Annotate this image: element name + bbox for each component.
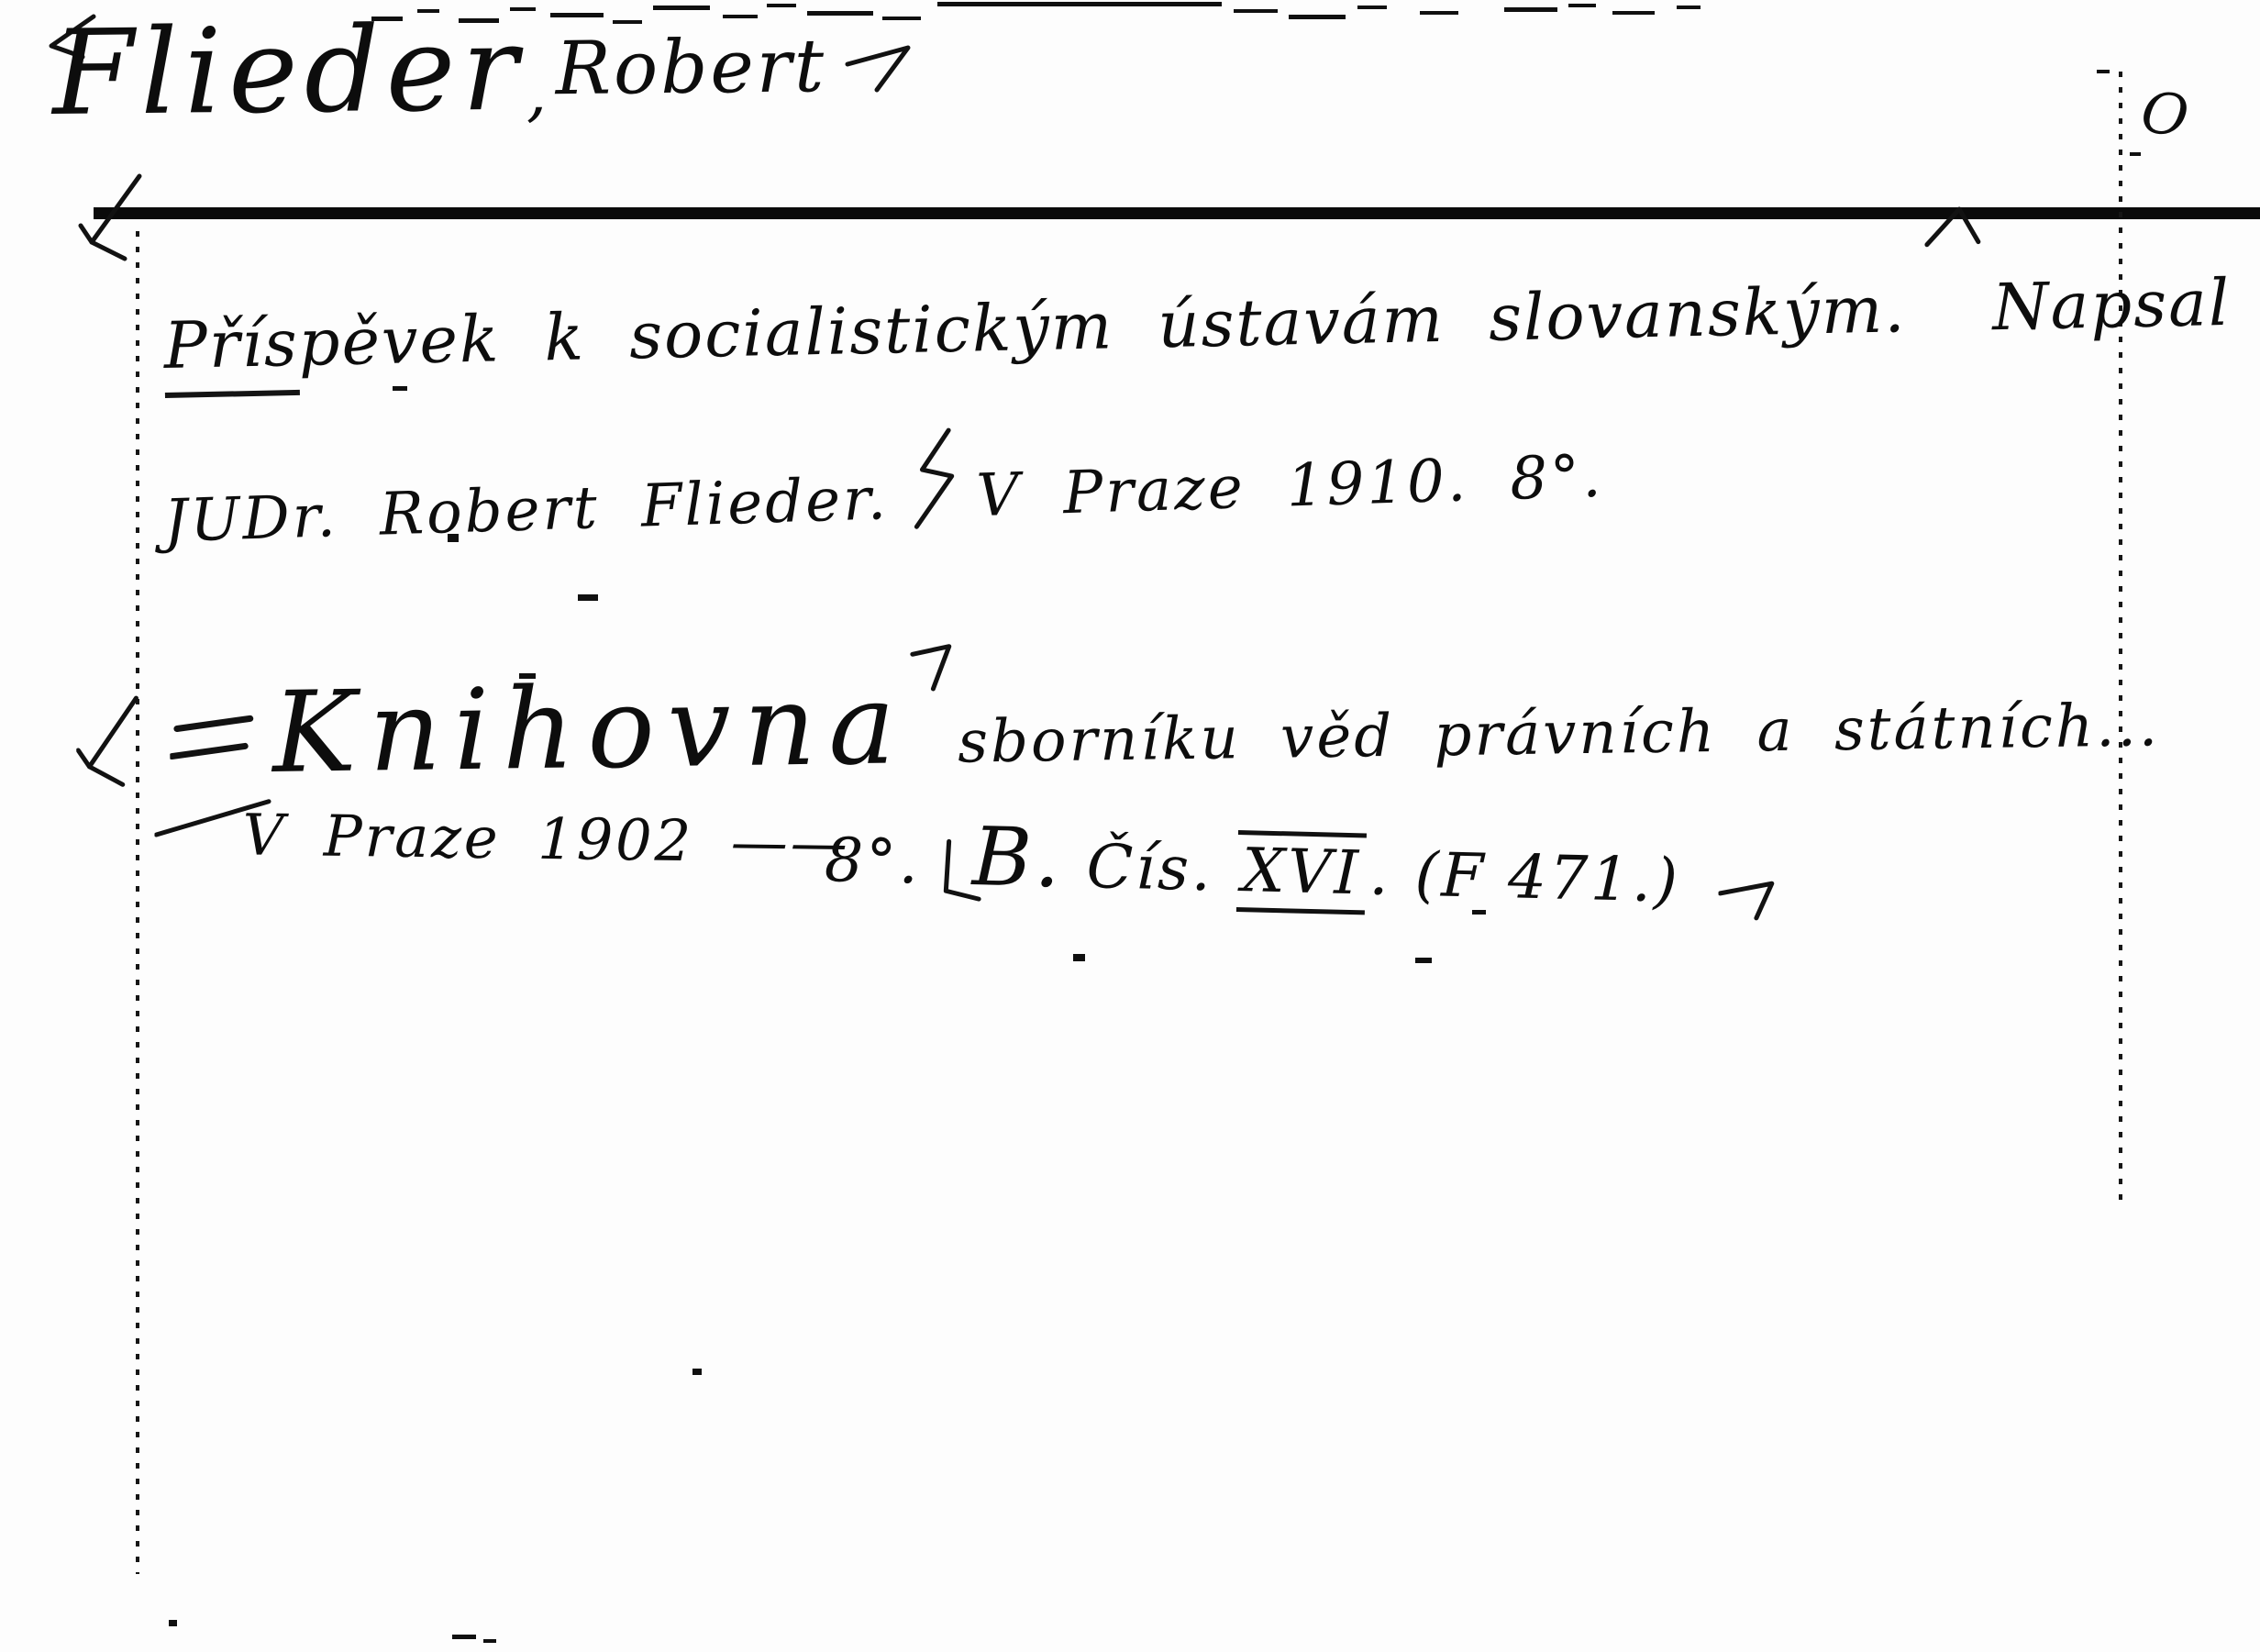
entry2-imprint-left: V Praze 1902 —— xyxy=(154,800,850,877)
entry2-format: 8°. xyxy=(824,825,922,898)
entry1-title-line: Přís pěvek k socialistickým ústavám slov… xyxy=(163,265,2232,398)
entry2-imprint-left-text: V Praze 1902 —— xyxy=(242,801,850,876)
entry1-title-rest: pěvek k socialistickým ústavám slovanský… xyxy=(298,272,1907,381)
entry1-imprint: V Praze 1910. 8°. xyxy=(976,443,1605,530)
heading-surname: Flieder xyxy=(51,1,525,142)
scan-noise-dash xyxy=(1234,9,1278,13)
entry2-reference-line: 8°. B. Čís. XVI . (F 471.) xyxy=(824,805,1780,925)
entry2-margin-arrow-icon xyxy=(75,693,165,800)
corner-o-mark: O xyxy=(2137,78,2193,150)
heading-given-name: Robert xyxy=(555,23,826,111)
entry2-series-line: Knihovna sborníku věd právních a státníc… xyxy=(75,638,2161,801)
ink-speck xyxy=(692,1369,702,1375)
entry2-number-label: Čís. xyxy=(1086,831,1214,904)
ink-speck xyxy=(169,1620,177,1626)
heading: Flieder , Robert xyxy=(51,0,826,142)
trailing-arrow-icon xyxy=(1718,875,1779,928)
entry1-title-underlined: Přís xyxy=(163,305,300,398)
scan-noise-dash xyxy=(937,2,1222,6)
scan-noise-dash xyxy=(1289,15,1346,19)
angle-bracket-icon xyxy=(936,837,986,906)
ink-speck xyxy=(483,1639,496,1643)
scan-noise-dash xyxy=(1568,4,1596,7)
ink-speck xyxy=(1415,958,1432,963)
entry2-series-title-main: Knihovna xyxy=(271,659,909,798)
entry1-author: JUDr. Robert Flieder. xyxy=(163,465,890,556)
entry2-shelfmark: (F 471.) xyxy=(1414,839,1681,916)
ink-speck xyxy=(452,1635,476,1639)
scan-noise-dash xyxy=(1612,11,1655,15)
catalog-card: Flieder , Robert O Přís pěvek k socialis… xyxy=(0,0,2260,1652)
entry1-imprint-line: JUDr. Robert Flieder. V Praze 1910. 8°. xyxy=(161,383,1605,556)
scan-noise-dash xyxy=(2097,70,2110,73)
entry1-napsal: Napsal xyxy=(1991,265,2232,345)
entry2-series-title-rest: sborníku věd právních a státních... xyxy=(958,692,2161,776)
scan-noise-dash xyxy=(1420,11,1458,15)
ink-speck xyxy=(1073,954,1085,961)
heading-comma: , xyxy=(526,54,547,129)
left-margin-dotted-line xyxy=(136,231,139,1574)
scan-noise-dash xyxy=(1357,6,1387,9)
insert-caret2-icon xyxy=(906,427,969,542)
header-arrow-icon xyxy=(844,42,926,101)
right-margin-dotted-line xyxy=(2119,72,2122,1203)
scan-noise-dash xyxy=(1504,7,1557,12)
praze-leading-stroke-icon xyxy=(154,793,274,842)
scan-noise-dash xyxy=(1677,6,1701,9)
entry2-number-roman: XVI xyxy=(1236,830,1367,915)
margin-arrow-icon xyxy=(77,171,169,281)
entry2-number-period: . xyxy=(1368,838,1392,910)
insert-caret-icon xyxy=(1921,203,1986,262)
scan-noise-dash xyxy=(2130,152,2141,156)
ink-speck xyxy=(578,594,598,601)
scan-noise-dash xyxy=(882,17,921,20)
equals-mark-icon xyxy=(170,709,259,763)
knihovna-caret-icon xyxy=(909,643,958,697)
